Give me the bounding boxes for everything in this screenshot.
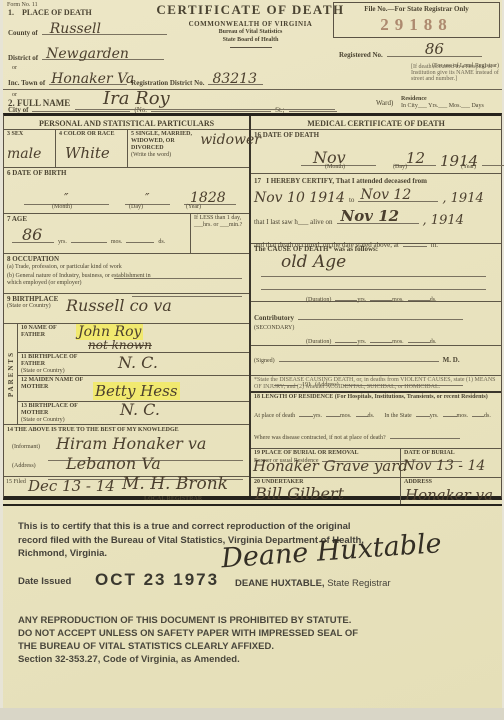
marital-label: 5 SINGLE, MARRIED, WIDOWED, OR DIVORCED: [131, 131, 203, 152]
burial-row: 19 PLACE OF BURIAL OR REMOVAL Honaker Gr…: [251, 449, 501, 478]
informant-address-value: Lebanon Va: [66, 454, 161, 473]
burial-place-value: Honaker Grave yard: [253, 457, 408, 475]
certify-to-year: , 1914: [442, 191, 483, 206]
signed-block: (Signed) M. D. 191 (Address): [251, 346, 501, 376]
race-value: White: [65, 144, 124, 162]
occupation-row: 8 OCCUPATION (a) Trade, profession, or p…: [4, 254, 249, 294]
inc-town-value: Honaker Va: [51, 71, 134, 87]
residence-label: 18 LENGTH OF RESIDENCE (For Hospitals, I…: [254, 394, 498, 401]
inc-town-label: Inc. Town of: [8, 79, 45, 87]
certification-section: This is to certify that this is a true a…: [3, 512, 502, 610]
burial-date-cell: DATE OF BURIAL Nov 13 - 14: [401, 449, 501, 477]
age-less-than-day-cell: If LESS than 1 day, ___hrs. or ___min.?: [191, 214, 249, 253]
district-label: District of: [8, 54, 38, 62]
race-label: 4 COLOR OR RACE: [59, 131, 124, 138]
scan-edge: [0, 708, 504, 720]
certify-to-label: to: [349, 196, 354, 204]
father-birthplace-row: 11 BIRTHPLACE OF FATHER (State or Countr…: [18, 353, 249, 376]
sex-value: male: [7, 146, 52, 162]
date-issued-label: Date Issued: [18, 576, 71, 587]
md-label: M. D.: [443, 356, 460, 364]
registrar-name: DEANE HUXTABLE,: [235, 578, 325, 589]
contributory-label: Contributory: [254, 314, 294, 322]
age-cell: 7 AGE 86 yrs. mos. ds.: [4, 214, 191, 253]
burial-date-value: Nov 13 - 14: [403, 458, 485, 474]
res-yrs-2: yrs.: [430, 413, 439, 419]
date-of-death-row: 16 DATE OF DEATH Nov 12 1914 (Month) (Da…: [251, 130, 501, 174]
age-yrs-label: yrs.: [58, 239, 67, 245]
res-ds-1: ds.: [368, 413, 375, 419]
at-place-label: At place of death: [254, 413, 295, 419]
birthplace-row: 9 BIRTHPLACE (State or Country) Russell …: [4, 294, 249, 324]
warning-section: ANY REPRODUCTION OF THIS DOCUMENT IS PRO…: [18, 614, 478, 666]
mother-name-label: 12 MAIDEN NAME OF MOTHER: [21, 377, 91, 391]
hospital-note: [If death occurred in a Hospital or Inst…: [411, 64, 499, 82]
informant-address-label: (Address): [12, 463, 36, 470]
cause-of-death-block: The CAUSE OF DEATH* was as follows: old …: [251, 244, 501, 302]
filed-row: 15 Filed Dec 13 - 14 M. H. Bronk LOCAL R…: [4, 477, 249, 505]
filed-label: 15 Filed: [6, 479, 26, 486]
parents-vertical-label: PARENTS: [4, 324, 18, 424]
mother-birthplace-value: N. C.: [120, 400, 160, 419]
residence-note-1: Residence: [401, 96, 427, 103]
reg-district-value: 83213: [212, 71, 257, 87]
race-cell: 4 COLOR OR RACE White: [56, 130, 128, 167]
contracted-label: Where was disease contracted, if not at …: [254, 435, 386, 441]
undertaker-address-label: ADDRESS: [404, 479, 498, 486]
certificate-header: Form No. 11 CERTIFICATE OF DEATH COMMONW…: [3, 0, 502, 89]
medical-certificate-column: MEDICAL CERTIFICATE OF DEATH 16 DATE OF …: [251, 116, 501, 496]
burial-place-label: 19 PLACE OF BURIAL OR REMOVAL: [254, 450, 397, 457]
dod-day-caption: (Day): [393, 164, 407, 171]
sex-cell: 3 SEX male: [4, 130, 56, 167]
date-of-birth-row: 6 DATE OF BIRTH ″ ″ 1828 (Month): [4, 168, 249, 214]
warning-line-3: THE BUREAU OF VITAL STATISTICS CLEARLY A…: [18, 640, 478, 653]
sex-label: 3 SEX: [7, 131, 52, 138]
mother-name-value: Betty Hess: [93, 382, 180, 400]
file-box-label: File No.—For State Registrar Only: [334, 5, 499, 13]
filed-date-value: Dec 13 - 14: [28, 477, 115, 495]
father-birthplace-label: 11 BIRTHPLACE OF FATHER: [21, 354, 91, 368]
registered-no-value: 86: [425, 40, 444, 58]
last-saw-value: Nov 12: [341, 207, 400, 225]
registrar-title: State Registrar: [325, 578, 391, 589]
date-of-death-label: 16 DATE OF DEATH: [254, 131, 498, 139]
res-mos-2: mos.: [457, 413, 469, 419]
registered-no-label: Registered No.: [339, 51, 383, 59]
in-state-label: In the State: [384, 413, 411, 419]
informant-label: (Informant): [12, 444, 40, 451]
contrib-duration-label: (Duration): [306, 339, 331, 345]
age-ds-label: ds.: [158, 239, 165, 245]
father-name-row: 10 NAME OF FATHER John Roy not known: [18, 324, 249, 353]
file-number-box: File No.—For State Registrar Only 29188: [333, 2, 500, 38]
scanned-death-certificate: Form No. 11 CERTIFICATE OF DEATH COMMONW…: [0, 0, 504, 720]
marital-note: (Write the word): [131, 152, 246, 159]
undertaker-address-cell: ADDRESS Honaker va: [401, 478, 501, 505]
certify-text: 17 I HEREBY CERTIFY, That I attended dec…: [254, 177, 498, 185]
last-saw-year: , 1914: [423, 213, 464, 228]
age-value: 86: [22, 225, 42, 244]
age-mos-label: mos.: [111, 239, 123, 245]
dob-year-label: (Year): [186, 204, 201, 211]
res-yrs-1: yrs.: [313, 413, 322, 419]
father-birthplace-value: N. C.: [118, 353, 158, 372]
warning-line-2: DO NOT ACCEPT UNLESS ON SAFETY PAPER WIT…: [18, 627, 478, 640]
dod-month-caption: (Month): [325, 164, 345, 171]
father-name-label: 10 NAME OF FATHER: [21, 325, 81, 339]
undertaker-row: 20 UNDERTAKER Bill Gilbert ADDRESS Honak…: [251, 478, 501, 505]
certify-from-value: Nov 10 1914: [254, 190, 345, 206]
full-name-value: Ira Roy: [103, 88, 170, 109]
registrar-name-line: DEANE HUXTABLE, State Registrar: [235, 578, 391, 589]
age-row: 7 AGE 86 yrs. mos. ds. If LESS than 1 da…: [4, 214, 249, 254]
undertaker-address-value: Honaker va: [405, 486, 493, 504]
contributory-block: Contributory (SECONDARY) (Duration) yrs.…: [251, 302, 501, 346]
dob-day-ditto: ″: [145, 191, 149, 205]
double-rule: [3, 504, 502, 506]
warning-statute-ref: Section 32-353.27, Code of Virginia, as …: [18, 653, 478, 666]
certify-block: 17 I HEREBY CERTIFY, That I attended dec…: [251, 174, 501, 244]
right-column-header: MEDICAL CERTIFICATE OF DEATH: [251, 116, 501, 130]
birthplace-value: Russell co va: [66, 296, 172, 315]
dob-day-label: (Day): [129, 204, 143, 211]
burial-date-label: DATE OF BURIAL: [404, 450, 498, 457]
informant-value: Hiram Honaker va: [56, 434, 206, 453]
mother-birthplace-label: 13 BIRTHPLACE OF MOTHER: [21, 403, 91, 417]
burial-place-cell: 19 PLACE OF BURIAL OR REMOVAL Honaker Gr…: [251, 449, 401, 477]
res-ds-2: ds.: [484, 413, 491, 419]
warning-line-1: ANY REPRODUCTION OF THIS DOCUMENT IS PRO…: [18, 614, 478, 627]
parents-block: PARENTS 10 NAME OF FATHER John Roy not k…: [4, 324, 249, 425]
marital-cell: 5 SINGLE, MARRIED, WIDOWED, OR DIVORCED …: [128, 130, 249, 167]
place-of-death-title: 1. PLACE OF DEATH: [8, 8, 338, 17]
undertaker-value: Bill Gilbert: [255, 484, 344, 503]
age-label: 7 AGE: [7, 215, 187, 223]
cause-footnote: *State the DISEASE CAUSING DEATH, or, in…: [251, 376, 501, 393]
statistics-and-medical-columns: PERSONAL AND STATISTICAL PARTICULARS 3 S…: [3, 113, 502, 500]
sex-race-marital-row: 3 SEX male 4 COLOR OR RACE White 5 SINGL…: [4, 130, 249, 168]
date-issued-stamp: OCT 23 1973: [95, 570, 219, 590]
local-registrar-label: LOCAL REGISTRAR: [144, 496, 202, 503]
contrib-duration-ds: ds.: [430, 339, 437, 345]
filed-registrar-signature: M. H. Bronk: [122, 474, 228, 494]
county-label: County of: [8, 29, 38, 37]
reg-district-label: Registration District No.: [131, 79, 204, 87]
dod-day-value: 12: [406, 149, 425, 167]
undertaker-cell: 20 UNDERTAKER Bill Gilbert: [251, 478, 401, 505]
signed-label: (Signed): [254, 358, 275, 364]
dob-month-ditto: ″: [64, 191, 68, 205]
full-name-row: 2. FULL NAME Ira Roy Residence In City__…: [3, 89, 502, 114]
certificate-paper: Form No. 11 CERTIFICATE OF DEATH COMMONW…: [3, 0, 502, 708]
certify-to-value: Nov 12: [360, 187, 411, 203]
contrib-duration-mos: mos.: [392, 339, 404, 345]
res-mos-1: mos.: [340, 413, 352, 419]
residence-note-2: In City___ Yrs.___ Mos.___ Days: [401, 103, 501, 110]
father-name-alt-value: not known: [88, 338, 152, 352]
dod-year-caption: (Year): [461, 164, 476, 171]
contrib-duration-yrs: yrs.: [357, 339, 366, 345]
mother-name-row: 12 MAIDEN NAME OF MOTHER Betty Hess: [18, 376, 249, 402]
county-value: Russell: [50, 21, 101, 37]
county-row: County of Russell: [8, 22, 338, 40]
file-number-stamp: 29188: [334, 15, 499, 35]
mother-birthplace-row: 13 BIRTHPLACE OF MOTHER (State or Countr…: [18, 402, 249, 424]
occupation-label: 8 OCCUPATION: [7, 255, 246, 263]
dob-label: 6 DATE OF BIRTH: [7, 169, 246, 177]
inc-town-row: Inc. Town of Honaker Va Registration Dis…: [8, 72, 338, 90]
personal-particulars-column: PERSONAL AND STATISTICAL PARTICULARS 3 S…: [4, 116, 251, 496]
district-value: Newgarden: [46, 46, 129, 62]
length-of-residence-block: 18 LENGTH OF RESIDENCE (For Hospitals, I…: [251, 393, 501, 449]
dob-month-label: (Month): [52, 204, 72, 211]
left-column-header: PERSONAL AND STATISTICAL PARTICULARS: [4, 116, 249, 130]
full-name-label: 2. FULL NAME: [8, 98, 70, 108]
district-row: District of Newgarden: [8, 47, 338, 65]
last-saw-text: that I last saw h___ alive on: [254, 218, 333, 226]
